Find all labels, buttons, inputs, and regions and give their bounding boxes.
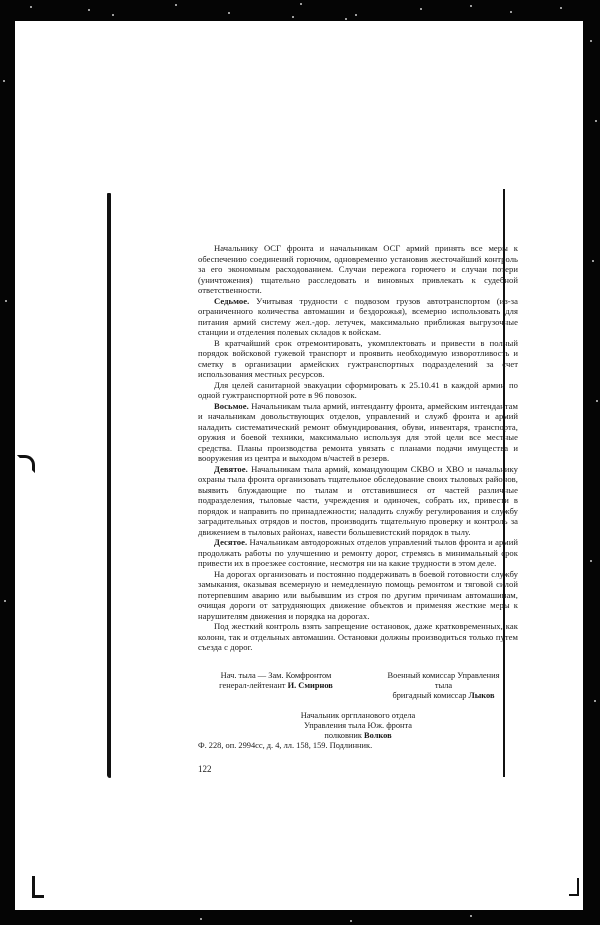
scan-noise-speck: [200, 918, 202, 920]
scan-noise-speck: [596, 400, 598, 402]
signature-center-name: Волков: [364, 731, 392, 740]
scan-noise-speck: [300, 3, 302, 5]
archive-source-citation: Ф. 228, оп. 2994сс, д. 4, лл. 158, 159. …: [198, 741, 372, 750]
scan-noise-speck: [228, 12, 230, 14]
scan-noise-speck: [5, 300, 7, 302]
scan-noise-speck: [88, 9, 90, 11]
signature-center-title: Начальник оргпланового отдела: [258, 711, 458, 721]
signature-right-title: Военный комиссар Управления: [356, 671, 531, 681]
scan-noise-speck: [594, 700, 596, 702]
signature-center-title2: Управления тыла Юж. фронта: [258, 721, 458, 731]
signature-right-name: Лыков: [469, 691, 495, 700]
scan-noise-speck: [470, 915, 472, 917]
paragraph: Седьмое. Учитывая трудности с подвозом г…: [198, 296, 518, 338]
paragraph-text: Под жесткий контроль взять запрещение ос…: [198, 621, 518, 652]
signature-right-name-line: бригадный комиссар Лыков: [356, 691, 531, 701]
scan-noise-speck: [345, 18, 347, 20]
paragraph: В кратчайший срок отремонтировать, укомп…: [198, 338, 518, 380]
scan-noise-speck: [595, 120, 597, 122]
signature-right-rank: бригадный комиссар: [392, 691, 468, 700]
scan-artifact-hook: [17, 455, 35, 473]
paragraph-lead: Седьмое.: [214, 296, 249, 306]
signature-right: Военный комиссар Управления тыла бригадн…: [356, 671, 531, 701]
page-number: 122: [198, 764, 212, 774]
paragraph: Под жесткий контроль взять запрещение ос…: [198, 621, 518, 653]
signature-right-title2: тыла: [356, 681, 531, 691]
signature-center: Начальник оргпланового отдела Управления…: [258, 711, 458, 741]
paragraph: На дорогах организовать и постоянно подд…: [198, 569, 518, 622]
scan-noise-speck: [590, 40, 592, 42]
signature-center-rank: полковник: [324, 731, 364, 740]
paragraph: Десятое. Начальникам автодорожных отдело…: [198, 537, 518, 569]
signature-left-name: И. Смирнов: [288, 681, 333, 690]
scan-noise-speck: [420, 8, 422, 10]
scan-noise-speck: [355, 14, 357, 16]
paragraph-lead: Девятое.: [214, 464, 248, 474]
paragraph-text: Начальникам тыла армий, командующим СКВО…: [198, 464, 518, 537]
scan-noise-speck: [350, 920, 352, 922]
scan-noise-speck: [112, 14, 114, 16]
paragraph: Девятое. Начальникам тыла армий, команду…: [198, 464, 518, 538]
crop-mark-bottom-left: [32, 876, 35, 898]
paragraph-text: Начальнику ОСГ фронта и начальникам ОСГ …: [198, 243, 518, 295]
signature-center-name-line: полковник Волков: [258, 731, 458, 741]
signature-left: Нач. тыла — Зам. Комфронтом генерал-лейт…: [206, 671, 346, 691]
paragraph: Восьмое. Начальникам тыла армий, интенда…: [198, 401, 518, 464]
scan-noise-speck: [560, 7, 562, 9]
paragraph-text: В кратчайший срок отремонтировать, укомп…: [198, 338, 518, 380]
crop-mark-bottom-right: [577, 878, 579, 896]
scan-noise-speck: [470, 5, 472, 7]
document-body: Начальнику ОСГ фронта и начальникам ОСГ …: [198, 243, 518, 653]
scan-noise-speck: [292, 16, 294, 18]
signature-left-name-line: генерал-лейтенант И. Смирнов: [206, 681, 346, 691]
paragraph-lead: Десятое.: [214, 537, 247, 547]
paragraph-text: На дорогах организовать и постоянно подд…: [198, 569, 518, 621]
scan-noise-speck: [592, 260, 594, 262]
scanned-page: Начальнику ОСГ фронта и начальникам ОСГ …: [15, 21, 583, 910]
paragraph: Начальнику ОСГ фронта и начальникам ОСГ …: [198, 243, 518, 296]
scan-margin-line-left: [107, 193, 111, 778]
scan-noise-speck: [3, 80, 5, 82]
paragraph-text: Для целей санитарной эвакуации сформиров…: [198, 380, 518, 401]
scan-noise-speck: [30, 6, 32, 8]
signature-left-title: Нач. тыла — Зам. Комфронтом: [206, 671, 346, 681]
paragraph: Для целей санитарной эвакуации сформиров…: [198, 380, 518, 401]
scan-noise-speck: [175, 4, 177, 6]
scan-noise-speck: [4, 600, 6, 602]
scan-noise-speck: [510, 11, 512, 13]
paragraph-lead: Восьмое.: [214, 401, 249, 411]
scan-noise-speck: [590, 560, 592, 562]
signature-left-rank: генерал-лейтенант: [219, 681, 287, 690]
